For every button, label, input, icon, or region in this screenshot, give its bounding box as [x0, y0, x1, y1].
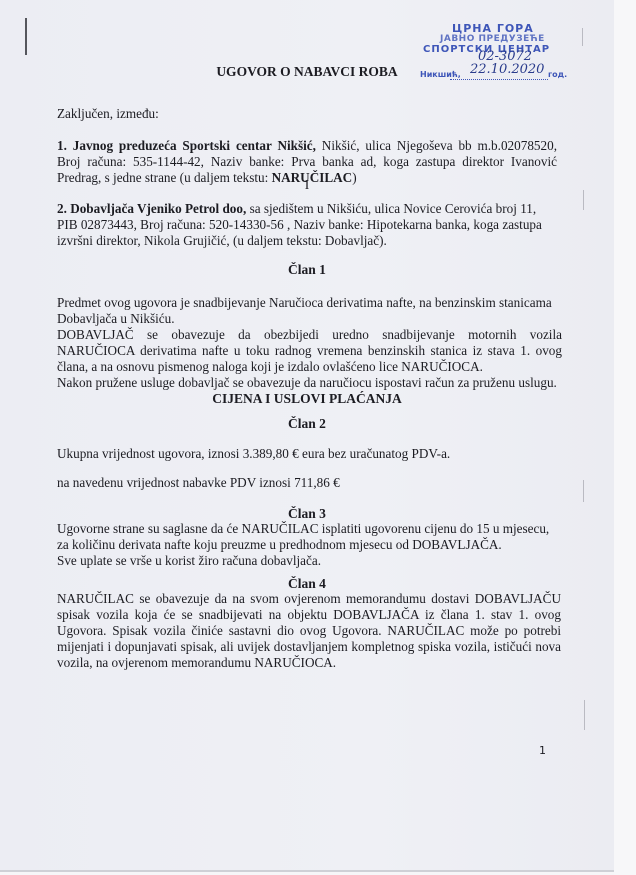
article-3-heading: Član 3	[0, 506, 614, 522]
article-4-heading: Član 4	[0, 576, 614, 592]
party-2-paragraph: 2. Dobavljača Vjeniko Petrol doo, sa sje…	[57, 201, 557, 249]
page-number: 1	[539, 744, 546, 757]
stamp-org-type: ЈАВНО ПРЕДУЗЕЋЕ	[440, 34, 545, 44]
article-3-paragraph: Ugovorne strane su saglasne da će NARUČI…	[57, 521, 562, 553]
article-3-paragraph: Sve uplate se vrše u korist žiro računa …	[57, 553, 562, 569]
article-2-heading: Član 2	[0, 416, 614, 432]
contract-value: Ukupna vrijednost ugovora, iznosi 3.389,…	[57, 446, 557, 462]
section-heading-price: CIJENA I USLOVI PLAĆANJA	[0, 391, 614, 407]
party-1-name: 1. Javnog preduzeća Sportski centar Nikš…	[57, 138, 316, 153]
page-edge-mark	[583, 190, 584, 210]
article-4-body: NARUČILAC se obavezuje da na svom ovjere…	[57, 591, 561, 671]
binder-hole-mark	[25, 18, 27, 55]
party-separator: I	[0, 177, 614, 193]
scan-margin	[614, 0, 636, 875]
page-edge-mark	[582, 28, 583, 46]
document-page: ЦРНА ГОРА ЈАВНО ПРЕДУЗЕЋЕ СПОРТСКИ ЦЕНТА…	[0, 0, 615, 872]
document-title: UGOVOR O NABAVCI ROBA	[0, 64, 614, 80]
party-2-name: 2. Dobavljača Vjeniko Petrol doo,	[57, 201, 246, 216]
page-edge-mark	[583, 480, 584, 502]
article-3-body: Ugovorne strane su saglasne da će NARUČI…	[57, 521, 562, 569]
vat-amount: na navedenu vrijednost nabavke PDV iznos…	[57, 475, 557, 491]
article-1-paragraph: Predmet ovog ugovora je snadbijevanje Na…	[57, 295, 562, 327]
article-1-heading: Član 1	[0, 262, 614, 278]
page-edge-mark	[584, 700, 585, 730]
article-1-paragraph: Nakon pružene usluge dobavljač se obavez…	[57, 375, 562, 391]
article-1-body: Predmet ovog ugovora je snadbijevanje Na…	[57, 295, 562, 391]
concluded-between: Zaključen, između:	[57, 106, 557, 122]
article-1-paragraph: DOBAVLJAČ se obavezuje da obezbijedi ure…	[57, 327, 562, 375]
